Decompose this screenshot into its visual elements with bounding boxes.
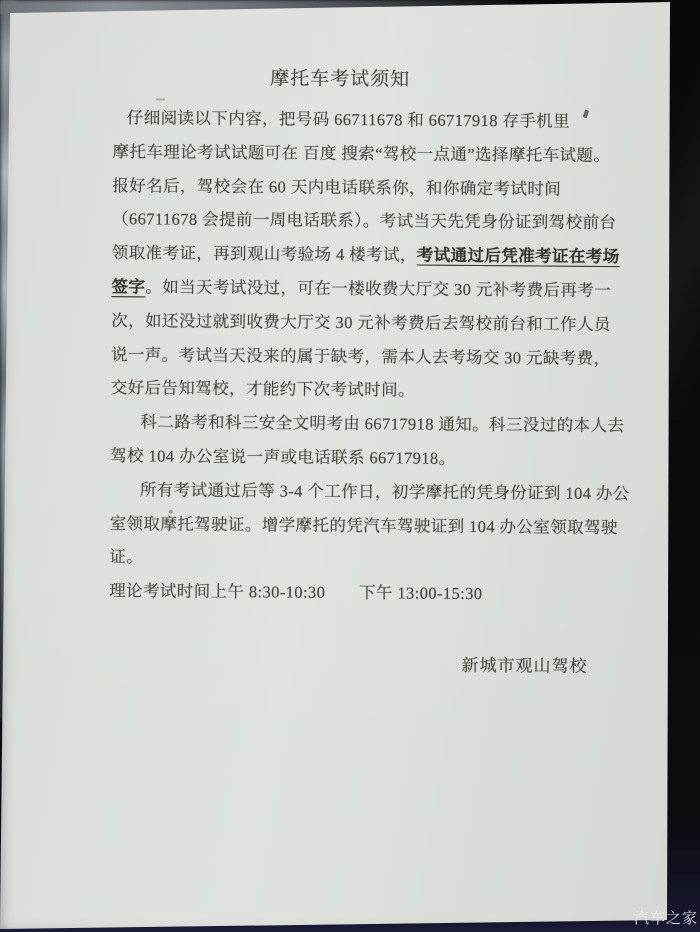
text-segment: 理论考试时间上午 8:30-10:30 下午 13:00-15:30: [109, 581, 482, 603]
text-segment: 交好后告知驾校，才能约下次考试时间。: [111, 379, 415, 400]
document-lines: 仔细阅读以下内容，把号码 66711678 和 66717918 存手机里摩托车…: [109, 101, 615, 612]
document-line: 仔细阅读以下内容，把号码 66711678 和 66717918 存手机里: [113, 101, 615, 139]
text-segment: 领取准考证，再到观山考验场 4 楼考试，: [112, 243, 417, 264]
text-segment: 摩托车理论考试试题可在 百度 搜索“驾校一点通”选择摩托车试题。: [113, 142, 611, 165]
text-segment: 证。: [109, 547, 143, 566]
text-segment: 所有考试通过后等 3-4 个工作日，初学摩托的凭身份证到 104 办公: [140, 480, 630, 503]
document-title: 摩托车考试须知: [0, 61, 690, 93]
text-segment: 科二路考和科三安全文明考由 66717918 通知。科三没过的本人去: [140, 413, 624, 436]
document-line: 签字。如当天考试没过，可在一楼收费大厅交 30 元补考费后再考一: [111, 270, 613, 308]
text-segment: 说一声。考试当天没来的属于缺考，需本人去考场交 30 元缺考费，: [111, 345, 611, 368]
photo-artifact: [169, 510, 173, 514]
document-line: 驾校 104 办公室说一声或电话联系 66717918。: [110, 439, 612, 477]
photo-artifact: [156, 98, 165, 100]
text-segment: 仔细阅读以下内容，把号码 66711678 和 66717918 存手机里: [127, 108, 570, 130]
text-segment: 驾校 104 办公室说一声或电话联系 66717918。: [110, 446, 455, 468]
text-segment: （66711678 会提前一周电话联系）。考试当天先凭身份证到驾校前台: [112, 210, 616, 233]
document-line: 报好名后，驾校会在 60 天内电话联系你，和你确定考试时间: [112, 169, 614, 207]
document-line: 领取准考证，再到观山考验场 4 楼考试，考试通过后凭准考证在考场: [112, 236, 614, 274]
document-line: （66711678 会提前一周电话联系）。考试当天先凭身份证到驾校前台: [112, 203, 614, 241]
underlined-text: 签字: [111, 277, 145, 296]
autohome-watermark: 汽车之家: [634, 907, 698, 928]
text-segment: 次，如还没过就到收费大厅交 30 元补考费后去驾校前台和工作人员: [111, 311, 611, 334]
underlined-text: 考试通过后凭准考证在考场: [417, 246, 620, 267]
document-line: 次，如还没过就到收费大厅交 30 元补考费后去驾校前台和工作人员: [111, 304, 613, 342]
document-line: 理论考试时间上午 8:30-10:30 下午 13:00-15:30: [109, 574, 611, 612]
text-segment: 报好名后，驾校会在 60 天内电话联系你，和你确定考试时间: [112, 176, 561, 199]
document-signature: 新城市观山驾校: [0, 645, 588, 684]
document-line: 交好后告知驾校，才能约下次考试时间。: [111, 372, 613, 410]
document-line: 证。: [109, 540, 611, 578]
document-line: 说一声。考试当天没来的属于缺考，需本人去考场交 30 元缺考费，: [111, 338, 613, 376]
document-line: 科二路考和科三安全文明考由 66717918 通知。科三没过的本人去: [110, 405, 612, 443]
document-line: 摩托车理论考试试题可在 百度 搜索“驾校一点通”选择摩托车试题。: [112, 135, 614, 173]
document-line: 所有考试通过后等 3-4 个工作日，初学摩托的凭身份证到 104 办公: [110, 473, 612, 511]
photo-of-printed-notice: 摩托车考试须知 仔细阅读以下内容，把号码 66711678 和 66717918…: [0, 0, 700, 932]
document-content: 摩托车考试须知 仔细阅读以下内容，把号码 66711678 和 66717918…: [0, 0, 700, 932]
text-segment: 室领取摩托驾驶证。增学摩托的凭汽车驾驶证到 104 办公室领取驾驶: [110, 514, 618, 537]
text-segment: 。如当天考试没过，可在一楼收费大厅交 30 元补考费后再考一: [145, 277, 611, 300]
document-line: 室领取摩托驾驶证。增学摩托的凭汽车驾驶证到 104 办公室领取驾驶: [110, 507, 612, 545]
